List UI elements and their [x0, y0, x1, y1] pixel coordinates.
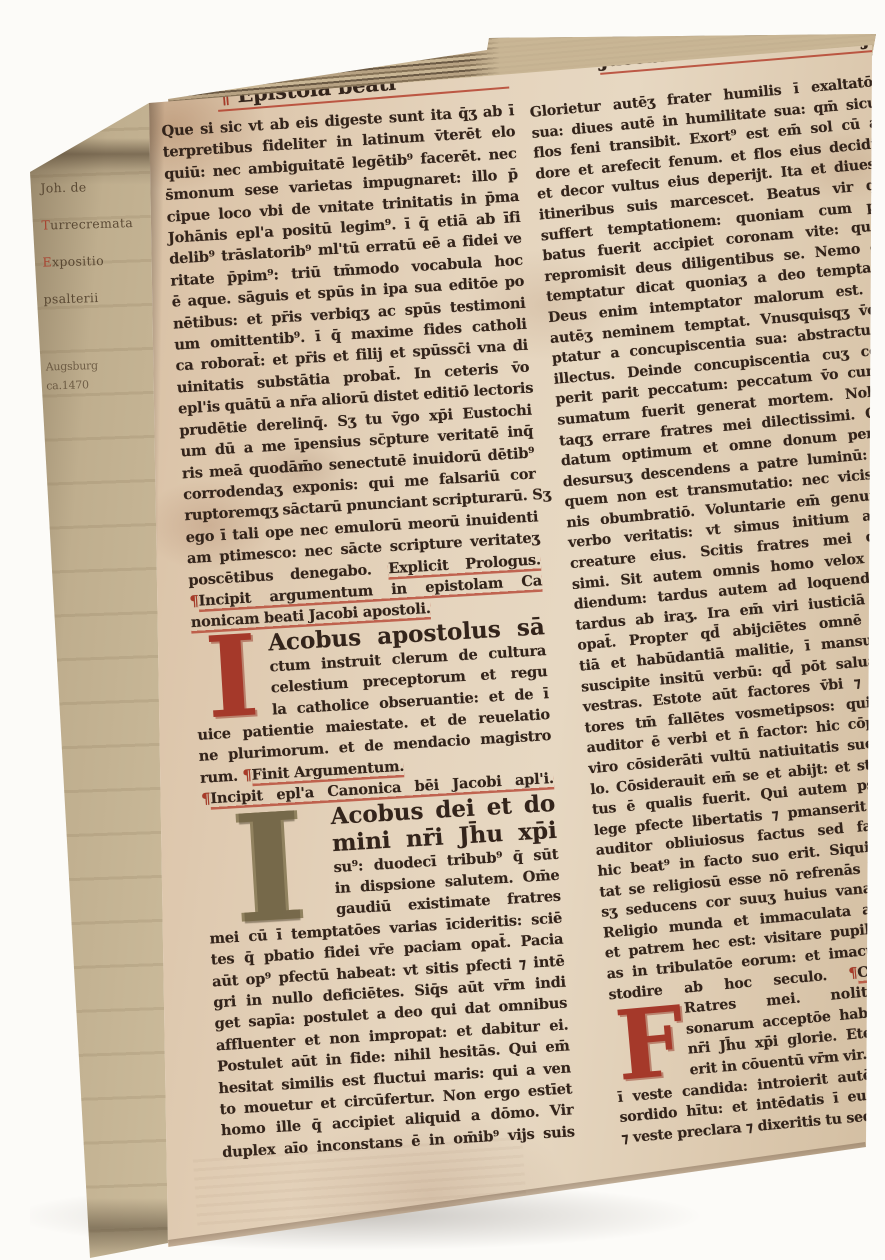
- pilcrow-rubric-mark: T: [41, 217, 50, 232]
- text-segment: xpositio: [52, 253, 104, 269]
- epistola-block: I Acobus dei et domini nr̄i Jh̄u xp̄isu⁹…: [202, 789, 575, 1163]
- argumentum-block: I Acobus apostolus sāctum instruit cleru…: [191, 613, 553, 789]
- rubricated-initial-I: I: [191, 629, 272, 723]
- prologue-block: Que si sic vt ab eis digeste sunt ita q̄…: [161, 100, 544, 634]
- spine-imprint-label: Augsburgca.1470: [45, 355, 150, 396]
- book-photograph: { "photo": { "background_color": "#fcfbf…: [0, 0, 885, 1260]
- text-line: Expositio: [42, 240, 159, 280]
- text-line: ca.1470: [46, 374, 150, 396]
- spine-title-label: Joh. deTurrecremataExpositiopsalterii: [40, 166, 160, 317]
- text-line: Turrecremata: [41, 203, 158, 243]
- james1-text-block: Glorietur autēʒ frater humilis ī exaltat…: [529, 72, 885, 1006]
- text-segment: Joh. de: [40, 179, 86, 195]
- text-line: psalterii: [43, 277, 160, 317]
- text-segment: psalterii: [43, 290, 98, 307]
- text-segment: ca.1470: [46, 378, 89, 392]
- penwork-initial-I: I: [202, 803, 337, 927]
- rubricated-initial-F: F: [610, 999, 690, 1073]
- text-line: Joh. de: [40, 166, 157, 206]
- text-segment: urrecremata: [50, 215, 133, 232]
- text-column-right: Glorietur autēʒ frater humilis ī exaltat…: [529, 72, 885, 1150]
- text-segment: Augsburg: [46, 359, 98, 373]
- text-column-left: Que si sic vt ab eis digeste sunt ita q̄…: [161, 100, 575, 1163]
